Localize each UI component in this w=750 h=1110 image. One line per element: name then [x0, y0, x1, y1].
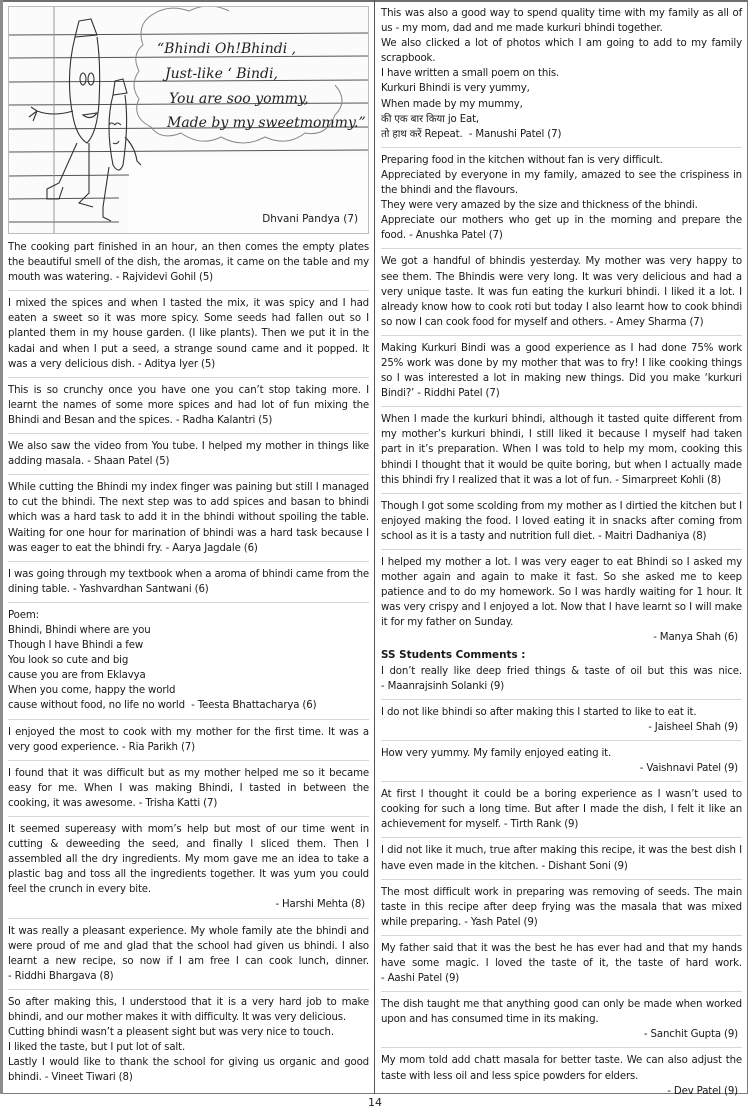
svg-text:“Bhindi Oh!Bhindi ,: “Bhindi Oh!Bhindi ,	[157, 41, 296, 57]
comment-entry: I was going through my textbook when a a…	[8, 567, 369, 603]
comment-author: - Amey Sharma (7)	[610, 317, 704, 328]
poem-line: You look so cute and big	[8, 653, 369, 668]
comment-author: - Aditya Iyer (5)	[138, 359, 215, 370]
comment-entry: How very yummy. My family enjoyed eating…	[381, 746, 742, 782]
svg-text:You are soo yommy,: You are soo yommy,	[169, 91, 309, 107]
comment-author: - Maanrajsinh Solanki (9)	[381, 681, 504, 692]
bhindi-characters-illustration: “Bhindi Oh!Bhindi , Just-like ‘ Bindi, Y…	[9, 7, 369, 234]
comment-entry: The most difficult work in preparing was…	[381, 885, 742, 936]
comment-author: - Vineet Tiwari (8)	[45, 1072, 133, 1083]
poem-line: Though I have Bhindi a few	[8, 638, 369, 653]
comment-entry: Though I got some scolding from my mothe…	[381, 499, 742, 550]
child-drawing: “Bhindi Oh!Bhindi , Just-like ‘ Bindi, Y…	[8, 6, 369, 234]
comment-entry: This is so crunchy once you have one you…	[8, 383, 369, 434]
poem-line: Bhindi, Bhindi where are you	[8, 623, 369, 638]
page-left-edge	[0, 0, 3, 1094]
poem-line: cause without food, no life no world	[8, 700, 185, 711]
poem-line: When you come, happy the world	[8, 683, 369, 698]
comment-entry: The cooking part finished in an hour, an…	[8, 240, 369, 291]
poem-line: cause you are from Eklavya	[8, 668, 369, 683]
comment-author: - Jaisheel Shah (9)	[381, 720, 742, 735]
comment-entry: So after making this, I understood that …	[8, 995, 369, 1091]
comment-author: - Aarya Jagdale (6)	[166, 543, 258, 554]
comment-entry: I helped my mother a lot. I was very eag…	[381, 555, 742, 648]
comment-author: - Aashi Patel (9)	[381, 973, 459, 984]
comment-entry: When I made the kurkuri bhindi, although…	[381, 412, 742, 493]
comment-author: - Simarpreet Kohli (8)	[615, 475, 721, 486]
poem-title: Poem:	[8, 608, 369, 623]
column-divider	[374, 0, 375, 1094]
comment-author: - Harshi Mehta (8)	[8, 897, 369, 912]
comment-entry: It seemed supereasy with mom’s help but …	[8, 822, 369, 919]
comment-entry: The dish taught me that anything good ca…	[381, 997, 742, 1048]
comment-entry: While cutting the Bhindi my index finger…	[8, 480, 369, 561]
comment-entry: At first I thought it could be a boring …	[381, 787, 742, 838]
poem-line: की एक बार किया jo Eat,	[381, 112, 742, 127]
comment-author: - Trisha Katti (7)	[139, 798, 217, 809]
comment-author: - Riddhi Patel (7)	[417, 388, 499, 399]
comment-author: - Yashvardhan Santwani (6)	[73, 584, 209, 595]
comment-entry: I enjoyed the most to cook with my mothe…	[8, 725, 369, 761]
comment-entry: My father said that it was the best he h…	[381, 941, 742, 992]
comment-entry: We also saw the video from You tube. I h…	[8, 439, 369, 475]
svg-text:Just-like ‘ Bindi,: Just-like ‘ Bindi,	[162, 66, 278, 82]
comment-author: - Dishant Soni (9)	[541, 861, 627, 872]
comment-author: - Sanchit Gupta (9)	[381, 1027, 742, 1042]
comment-author: - Anushka Patel (7)	[409, 230, 503, 241]
left-column: “Bhindi Oh!Bhindi , Just-like ‘ Bindi, Y…	[8, 0, 369, 1096]
poem-line: Kurkuri Bhindi is very yummy,	[381, 81, 742, 96]
comment-entry: It was really a pleasant experience. My …	[8, 924, 369, 990]
comment-entry: I mixed the spices and when I tasted the…	[8, 296, 369, 377]
comment-author: - Riddhi Bhargava (8)	[8, 971, 113, 982]
section-heading-ss-students: SS Students Comments :	[381, 648, 742, 662]
comment-author: - Teesta Bhattacharya (6)	[191, 700, 316, 711]
comment-entry: I do not like bhindi so after making thi…	[381, 705, 742, 741]
poem-line: When made by my mummy,	[381, 97, 742, 112]
comment-entry: I don’t really like deep fried things & …	[381, 664, 742, 700]
comment-author: - Tirth Rank (9)	[504, 819, 578, 830]
drawing-caption: Dhvani Pandya (7)	[262, 213, 358, 225]
comment-author: - Yash Patel (9)	[464, 917, 537, 928]
comment-entry: Making Kurkuri Bindi was a good experien…	[381, 341, 742, 407]
comment-author: - Maitri Dadhaniya (8)	[598, 531, 706, 542]
comment-author: - Manya Shah (6)	[381, 630, 742, 645]
comment-entry: I did not like it much, true after makin…	[381, 843, 742, 879]
poem-line: तो हाथ करें Repeat.	[381, 129, 463, 140]
comment-author: - Ria Parikh (7)	[122, 742, 195, 753]
poem-entry: Poem: Bhindi, Bhindi where are you Thoug…	[8, 608, 369, 720]
comment-author: - Rajvidevi Gohil (5)	[116, 272, 213, 283]
comment-author: - Manushi Patel (7)	[469, 129, 562, 140]
comment-entry: This was also a good way to spend qualit…	[381, 6, 742, 148]
comment-author: - Shaan Patel (5)	[87, 456, 169, 467]
comment-author: - Radha Kalantri (5)	[176, 415, 272, 426]
comment-entry: I found that it was difficult but as my …	[8, 766, 369, 817]
comment-entry: We got a handful of bhindis yesterday. M…	[381, 254, 742, 335]
comment-author: - Vaishnavi Patel (9)	[381, 761, 742, 776]
page-number: 14	[0, 1096, 750, 1109]
right-column: This was also a good way to spend qualit…	[381, 6, 742, 1109]
comment-entry: Preparing food in the kitchen without fa…	[381, 153, 742, 250]
svg-text:Made by my sweetmommy.”: Made by my sweetmommy.”	[166, 115, 366, 131]
